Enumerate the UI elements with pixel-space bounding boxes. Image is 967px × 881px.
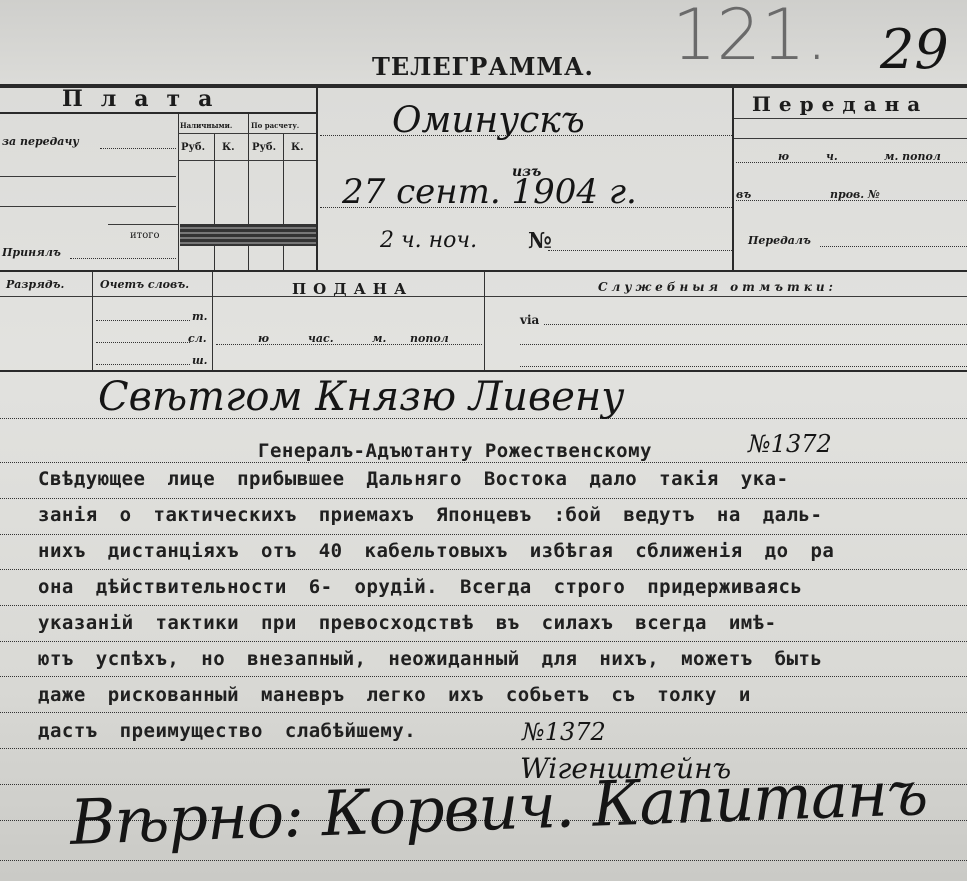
za-peredachu-label: за передачу (2, 135, 79, 148)
nalichnymi-header: Наличными. (180, 121, 232, 130)
archive-number: 121. (672, 0, 828, 76)
via-label: via (520, 313, 539, 327)
addressee: Генералъ-Адъютанту Рожественскому (258, 440, 652, 462)
peredana-min-label: м. попол (884, 150, 941, 163)
schet-row-sh: ш. (192, 354, 207, 367)
v-label: въ (736, 188, 751, 201)
podana-hour-label: ю (258, 332, 269, 345)
message-number-bottom: №1372 (522, 718, 606, 746)
podana-popol-label: попол (410, 332, 449, 345)
number-label: № (528, 228, 552, 254)
itogo-label: итого (130, 230, 159, 241)
rub-header-1: Руб. (181, 142, 205, 153)
podana-chas-label: час. (308, 332, 334, 345)
rub-header-2: Руб. (252, 142, 276, 153)
kop-header-1: К. (222, 142, 235, 153)
message-line: дастъ преимущество слабѣйшему. (38, 720, 416, 742)
peredal-label: Передалъ (748, 234, 811, 247)
origin-date: 27 сент. 1904 г. (342, 172, 637, 212)
kop-header-2: К. (291, 142, 304, 153)
podana-header: ПОДАНА (292, 280, 413, 298)
message-line: указаній тактики при превосходствѣ въ си… (38, 612, 777, 634)
message-line: ютъ успѣхъ, но внезапный, неожиданный дл… (38, 648, 822, 670)
prinyal-label: Принялъ (2, 246, 61, 259)
message-number-top: №1372 (748, 430, 832, 458)
peredana-ch-label: ч. (826, 150, 838, 163)
schet-row-t: т. (192, 310, 207, 323)
prov-label: пров. № (830, 188, 880, 201)
po-raschetu-header: По расчету. (251, 121, 299, 130)
origin-place: Оминускъ (392, 100, 585, 141)
plata-header: Плата (62, 86, 230, 112)
sheet-number: 29 (880, 18, 949, 81)
message-line: Свѣдующее лице прибывшее Дальняго Восток… (38, 468, 789, 490)
itogo-shaded-row (180, 224, 316, 246)
message-line: она дѣйствительности 6- орудій. Всегда с… (38, 576, 802, 598)
peredana-header: Передана (752, 92, 928, 116)
message-line: нихъ дистанціяхъ отъ 40 кабельтовыхъ изб… (38, 540, 834, 562)
schet-row-sl: сл. (188, 332, 207, 345)
certification-signature: Вѣрно: Корвич. Капитанъ (69, 756, 928, 859)
sluzhebnye-header: Служебныя отмътки: (598, 280, 837, 294)
telegram-form: ТЕЛЕГРАММА. 121. 29 Плата за передачу ит… (0, 0, 967, 881)
podana-min-label: м. (372, 332, 386, 345)
address-handwritten: Свѣтгом Князю Ливену (98, 374, 624, 420)
razryad-label: Разрядъ. (6, 278, 64, 291)
form-title: ТЕЛЕГРАММА. (372, 52, 594, 81)
peredana-hour-label: ю (778, 150, 789, 163)
schet-slov-header: Очетъ словъ. (100, 278, 189, 291)
message-line: даже рискованный маневръ легко ихъ собье… (38, 684, 751, 706)
message-line: занія о тактическихъ приемахъ Японцевъ :… (38, 504, 822, 526)
origin-time: 2 ч. ноч. (380, 228, 477, 253)
